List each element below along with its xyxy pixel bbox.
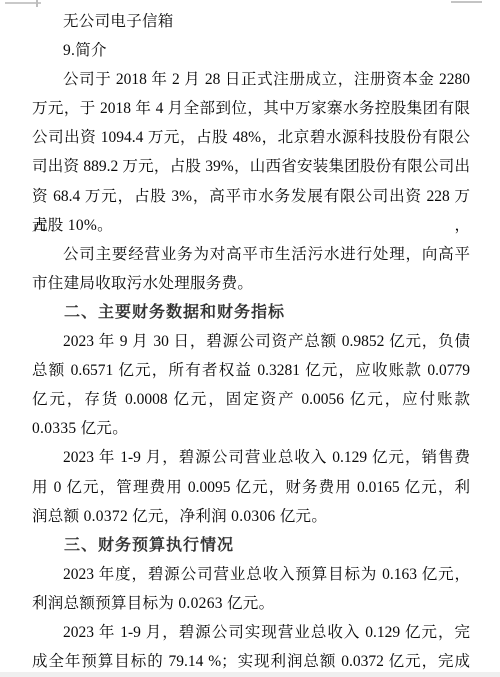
text-line: 公司主要经营业务为对高平市生活污水进行处理，向高平: [32, 240, 470, 269]
text-line: 无公司电子信箱: [32, 7, 470, 36]
page-edge-artifact-top-left-tick: [36, 0, 38, 7]
text-line: 用 0 亿元，管理费用 0.0095 亿元，财务费用 0.0165 亿元，利: [32, 473, 470, 502]
text-line: 公司出资 1094.4 万元，占股 48%，北京碧水源科技股份有限公: [32, 123, 470, 152]
text-line: 润总额 0.0372 亿元，净利润 0.0306 亿元。: [32, 502, 470, 531]
text-line: 利润总额预算目标为 0.0263 亿元。: [32, 589, 470, 618]
text-line: 2023 年度，碧源公司营业总收入预算目标为 0.163 亿元，: [32, 560, 470, 589]
document-body: 无公司电子信箱 9.简介 公司于 2018 年 2 月 28 日正式注册成立，注…: [32, 7, 470, 676]
page-bottom-edge: [0, 672, 500, 677]
text-line: 0.0335 亿元。: [32, 414, 470, 443]
text-line: 公司于 2018 年 2 月 28 日正式注册成立，注册资本金 2280: [32, 65, 470, 94]
text-line: 资 68.4 万元，占股 3%，高平市水务发展有限公司出资 228 万元，: [32, 182, 470, 211]
text-line: 2023 年 1-9 月，碧源公司实现营业总收入 0.129 亿元，完: [32, 618, 470, 647]
text-line: 9.简介: [32, 36, 470, 65]
text-line: 总额 0.6571 亿元，所有者权益 0.3281 亿元，应收账款 0.0779: [32, 356, 470, 385]
document-page: { "doc": { "language": "zh-CN", "backgro…: [0, 0, 500, 677]
section-heading-finance-data: 二、主要财务数据和财务指标: [32, 298, 470, 327]
text-line: 司出资 889.2 万元，占股 39%，山西省安装集团股份有限公司出: [32, 152, 470, 181]
page-edge-artifact-top-right: [451, 1, 482, 3]
text-line: 市住建局收取污水处理服务费。: [32, 269, 470, 298]
text-line: 2023 年 1-9 月，碧源公司营业总收入 0.129 亿元，销售费: [32, 443, 470, 472]
section-heading-budget-execution: 三、财务预算执行情况: [32, 531, 470, 560]
text-line: 2023 年 9 月 30 日，碧源公司资产总额 0.9852 亿元，负债: [32, 327, 470, 356]
text-line: 亿元，存货 0.0008 亿元，固定资产 0.0056 亿元，应付账款: [32, 385, 470, 414]
text-line: 万元，于 2018 年 4 月全部到位，其中万家寨水务控股集团有限: [32, 94, 470, 123]
